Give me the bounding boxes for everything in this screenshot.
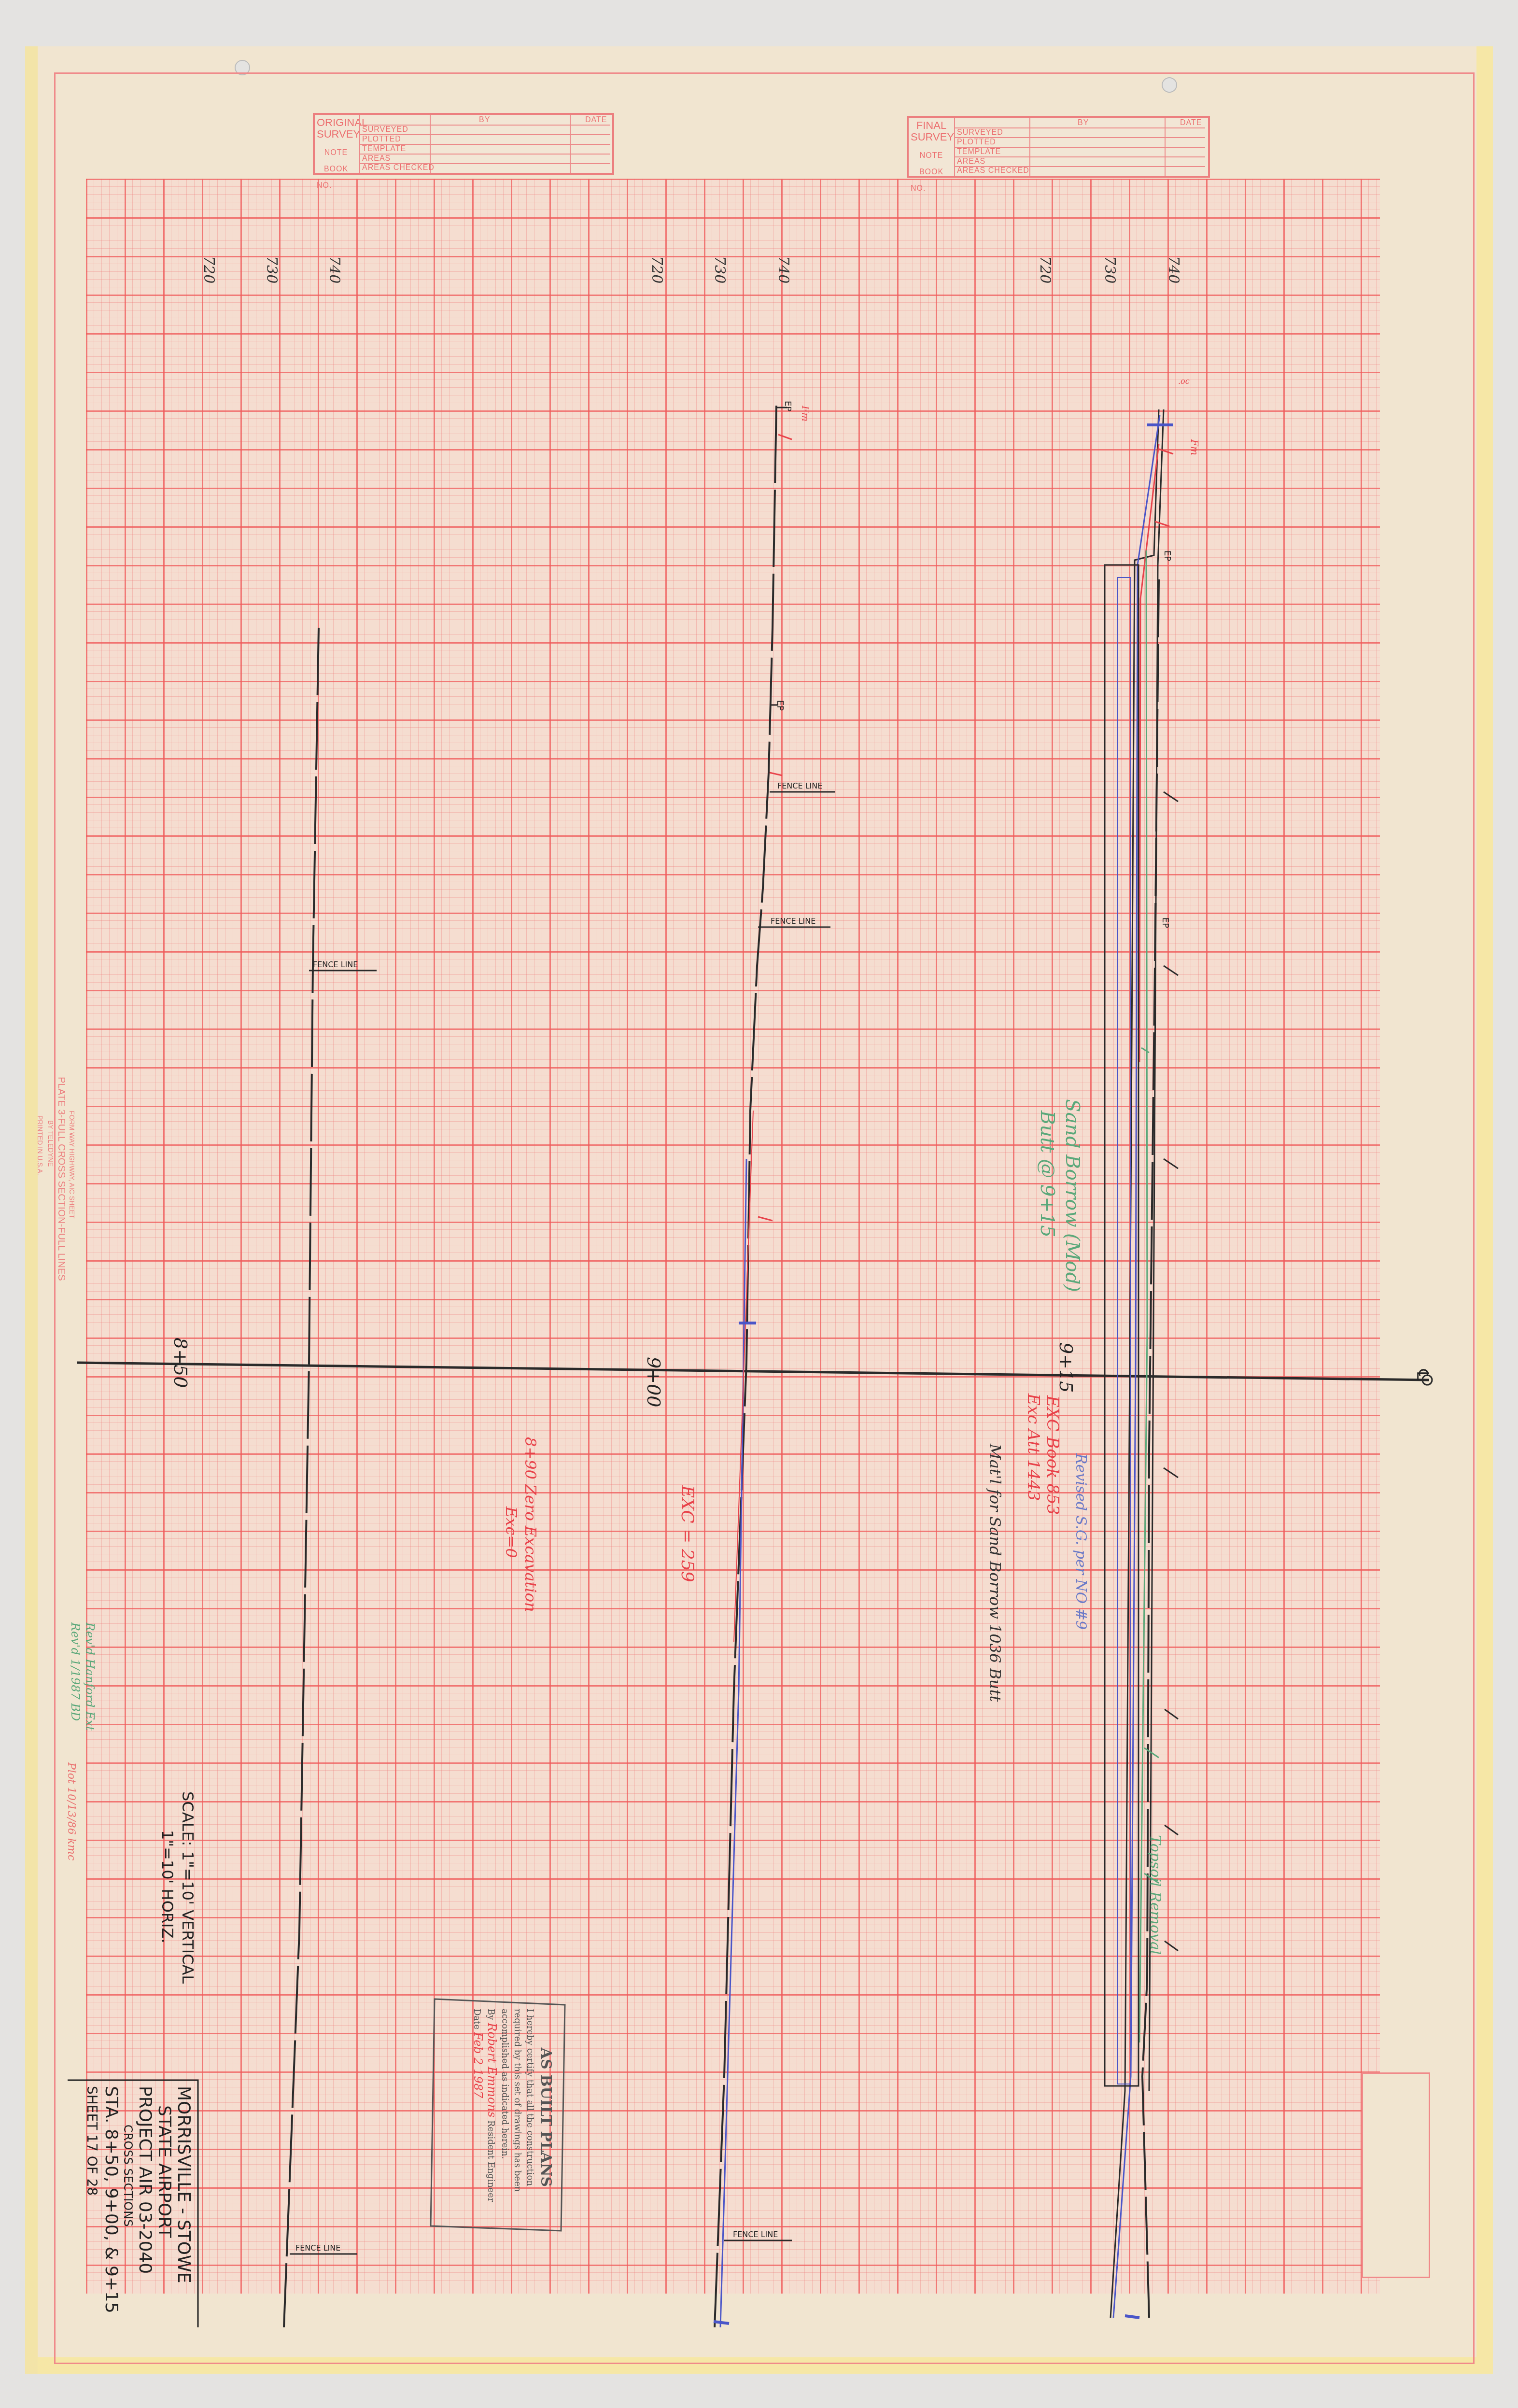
annotation-zero-excavation: 8+90 Zero Excavation (521, 1437, 540, 1612)
oc-label: .oc (1178, 377, 1190, 386)
annotation-exc-259: EXC = 259 (677, 1485, 697, 1582)
project-name: MORRISVILLE - STOWE (174, 2086, 193, 2327)
station-label-900: 9+00 (643, 1357, 664, 1407)
elev-label-740: 740 (775, 256, 792, 283)
fence-line-label: FENCE LINE (777, 781, 822, 790)
annotation-exc-zero: Exc=0 (502, 1507, 520, 1558)
annotation-revised-sg: Revised S.G. per NO #9 (1072, 1453, 1089, 1630)
project-name-2: STATE AIRPORT (155, 2086, 174, 2327)
annotation-margin-green: Rev'd Hanford Ext (83, 1622, 97, 1731)
ep-label: EP (775, 700, 785, 711)
ep-label: EP (1160, 917, 1170, 928)
elev-label-740: 740 (326, 256, 343, 283)
elev-label-730: 730 (711, 256, 728, 283)
margin-line1: FORM WAY HIGHWAY, AIC SHEET (67, 1077, 77, 1281)
stamp-title: AS BUILT PLANS (536, 2009, 555, 2226)
annotation-margin-green-2: Rev'd 1/1987 BD (69, 1622, 82, 1721)
stations-line: STA. 8+50, 9+00, & 9+15 (101, 2086, 121, 2327)
annotation-sand-borrow-butt: Butt @ 9+15 (1036, 1111, 1058, 1238)
fence-line-label: FENCE LINE (733, 2230, 778, 2239)
title-block: MORRISVILLE - STOWE STATE AIRPORT PROJEC… (82, 2086, 193, 2327)
red-line-900 (734, 1111, 753, 1642)
stamp-date-label: Date (472, 2009, 482, 2029)
annotation-topsoil-removal: Topsoil Removal (1147, 1835, 1164, 1955)
stamp-role: Resident Engineer (486, 2120, 496, 2202)
project-number: PROJECT AIR 03-2040 (135, 2086, 155, 2327)
fence-line-label: FENCE LINE (771, 916, 815, 926)
fence-line-label: FENCE LINE (313, 960, 358, 969)
elev-label-720: 720 (1037, 256, 1054, 283)
fm-label: Fm (800, 406, 811, 422)
dashed-line-915 (1142, 579, 1159, 2318)
stamp-date-value: Feb 2 1987 (471, 2032, 485, 2098)
scale-vertical: SCALE: 1"=10' VERTICAL (178, 1791, 198, 1984)
stamp-by-label: By (486, 2009, 496, 2020)
ep-label: EP (783, 401, 793, 411)
stamp-line1: I hereby certify that all the constructi… (523, 2009, 536, 2226)
station-label-850: 8+50 (170, 1338, 191, 1388)
stamp-signature: Robert Emmons (485, 2023, 499, 2117)
ground-line-850 (284, 628, 319, 2327)
elev-label-740: 740 (1165, 256, 1182, 283)
stamp-line2: required by this set of drawings has bee… (511, 2009, 523, 2226)
revised-line-900 (720, 1159, 746, 2327)
annotation-exc-att: Exc Att 1443 (1024, 1394, 1043, 1501)
centerline-symbol: ℄ (1413, 1369, 1432, 1380)
annotation-margin-red: Plot 10/13/86 kmc (65, 1762, 77, 1860)
margin-line3: BY TELEDYNE (45, 1077, 56, 1281)
elev-label-730: 730 (263, 256, 280, 283)
margin-line4: PRINTED IN U.S.A. (35, 1077, 45, 1281)
as-built-stamp: AS BUILT PLANS I hereby certify that all… (470, 2009, 555, 2226)
scale-note: SCALE: 1"=10' VERTICAL 1"=10' HORIZ. (157, 1791, 198, 1984)
ep-label: EP (1162, 550, 1172, 561)
scale-horizontal: 1"=10' HORIZ. (157, 1791, 178, 1984)
annotation-sand-borrow: Sand Borrow (Mod) (1061, 1099, 1083, 1292)
fm-label: Fm (1189, 439, 1200, 455)
annotation-exc-book: EXC Book 853 (1043, 1395, 1062, 1515)
elev-label-720: 720 (200, 256, 217, 283)
fence-line-label: FENCE LINE (295, 2243, 340, 2253)
stamp-date-row: Date Feb 2 1987 (470, 2009, 484, 2226)
margin-line2: PLATE 3-FULL CROSS SECTION-FULL LINES (56, 1077, 67, 1281)
sheet-subtitle: CROSS SECTIONS (121, 2086, 135, 2327)
station-label-915: 9+15 (1055, 1342, 1077, 1393)
sheet-number: SHEET 17 OF 28 (82, 2086, 101, 2327)
elev-label-730: 730 (1101, 256, 1118, 283)
paper-margin-print: FORM WAY HIGHWAY, AIC SHEET PLATE 3-FULL… (35, 1077, 77, 1281)
elev-label-720: 720 (648, 256, 665, 283)
cross-section-drawing (0, 0, 1518, 2408)
ground-line-900 (715, 406, 776, 2327)
stamp-line3: accomplished as indicated herein. (498, 2009, 511, 2226)
stamp-by-row: By Robert Emmons Resident Engineer (484, 2009, 498, 2226)
centerline (77, 1363, 1429, 1380)
annotation-matl-sand-borrow: Mat'l for Sand Borrow 1036 Butt (986, 1444, 1004, 1702)
